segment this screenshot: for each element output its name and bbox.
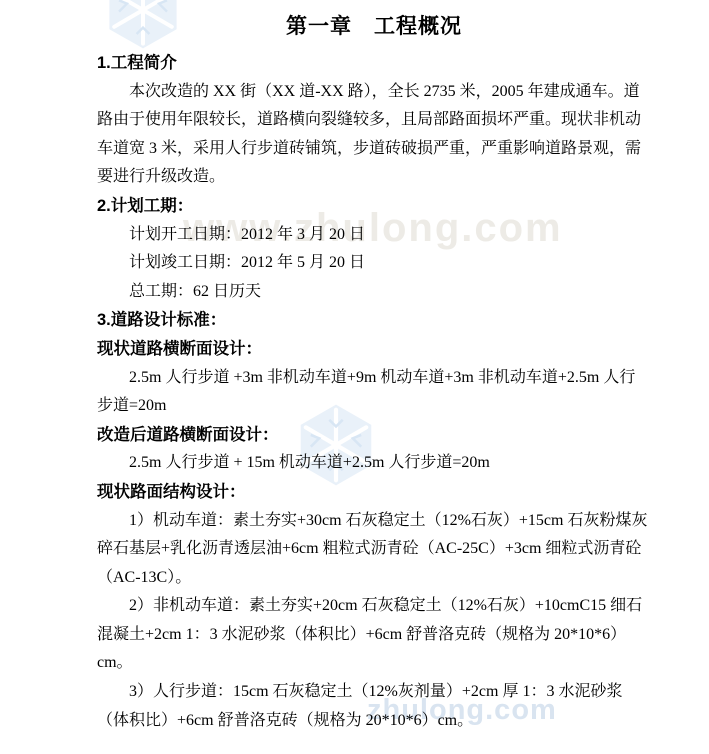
section-heading-project-intro: 1.工程简介 (97, 49, 651, 78)
paragraph-project-intro: 本次改造的 XX 街（XX 道-XX 路），全长 2735 米，2005 年建成… (97, 78, 651, 192)
subheading-pavement-structure: 现状路面结构设计： (97, 478, 651, 507)
section-heading-schedule: 2.计划工期： (97, 192, 651, 221)
paragraph-renovated-cross-section: 2.5m 人行步道 + 15m 机动车道+2.5m 人行步道=20m (97, 449, 651, 478)
paragraph-motorway-structure: 1）机动车道：素土夯实+30cm 石灰稳定土（12%石灰）+15cm 石灰粉煤灰… (97, 507, 651, 593)
section-heading-design-standard: 3.道路设计标准： (97, 306, 651, 335)
paragraph-sidewalk-structure: 3）人行步道：15cm 石灰稳定土（12%灰剂量）+2cm 厚 1：3 水泥砂浆… (97, 678, 651, 735)
paragraph-finish-date: 计划竣工日期：2012 年 5 月 20 日 (97, 249, 651, 278)
paragraph-existing-cross-section: 2.5m 人行步道 +3m 非机动车道+9m 机动车道+3m 非机动车道+2.5… (97, 364, 651, 421)
paragraph-total-duration: 总工期：62 日历天 (97, 278, 651, 307)
subheading-existing-cross-section: 现状道路横断面设计： (97, 335, 651, 364)
subheading-renovated-cross-section: 改造后道路横断面设计： (97, 421, 651, 450)
document-page: www.zhulong.com zhulong.com 第一章 工程概况 1.工… (0, 0, 709, 754)
paragraph-nonmotorway-structure: 2）非机动车道：素土夯实+20cm 石灰稳定土（12%石灰）+10cmC15 细… (97, 592, 651, 678)
chapter-title: 第一章 工程概况 (97, 8, 651, 46)
document-content: 第一章 工程概况 1.工程简介 本次改造的 XX 街（XX 道-XX 路），全长… (0, 0, 709, 735)
paragraph-start-date: 计划开工日期：2012 年 3 月 20 日 (97, 221, 651, 250)
